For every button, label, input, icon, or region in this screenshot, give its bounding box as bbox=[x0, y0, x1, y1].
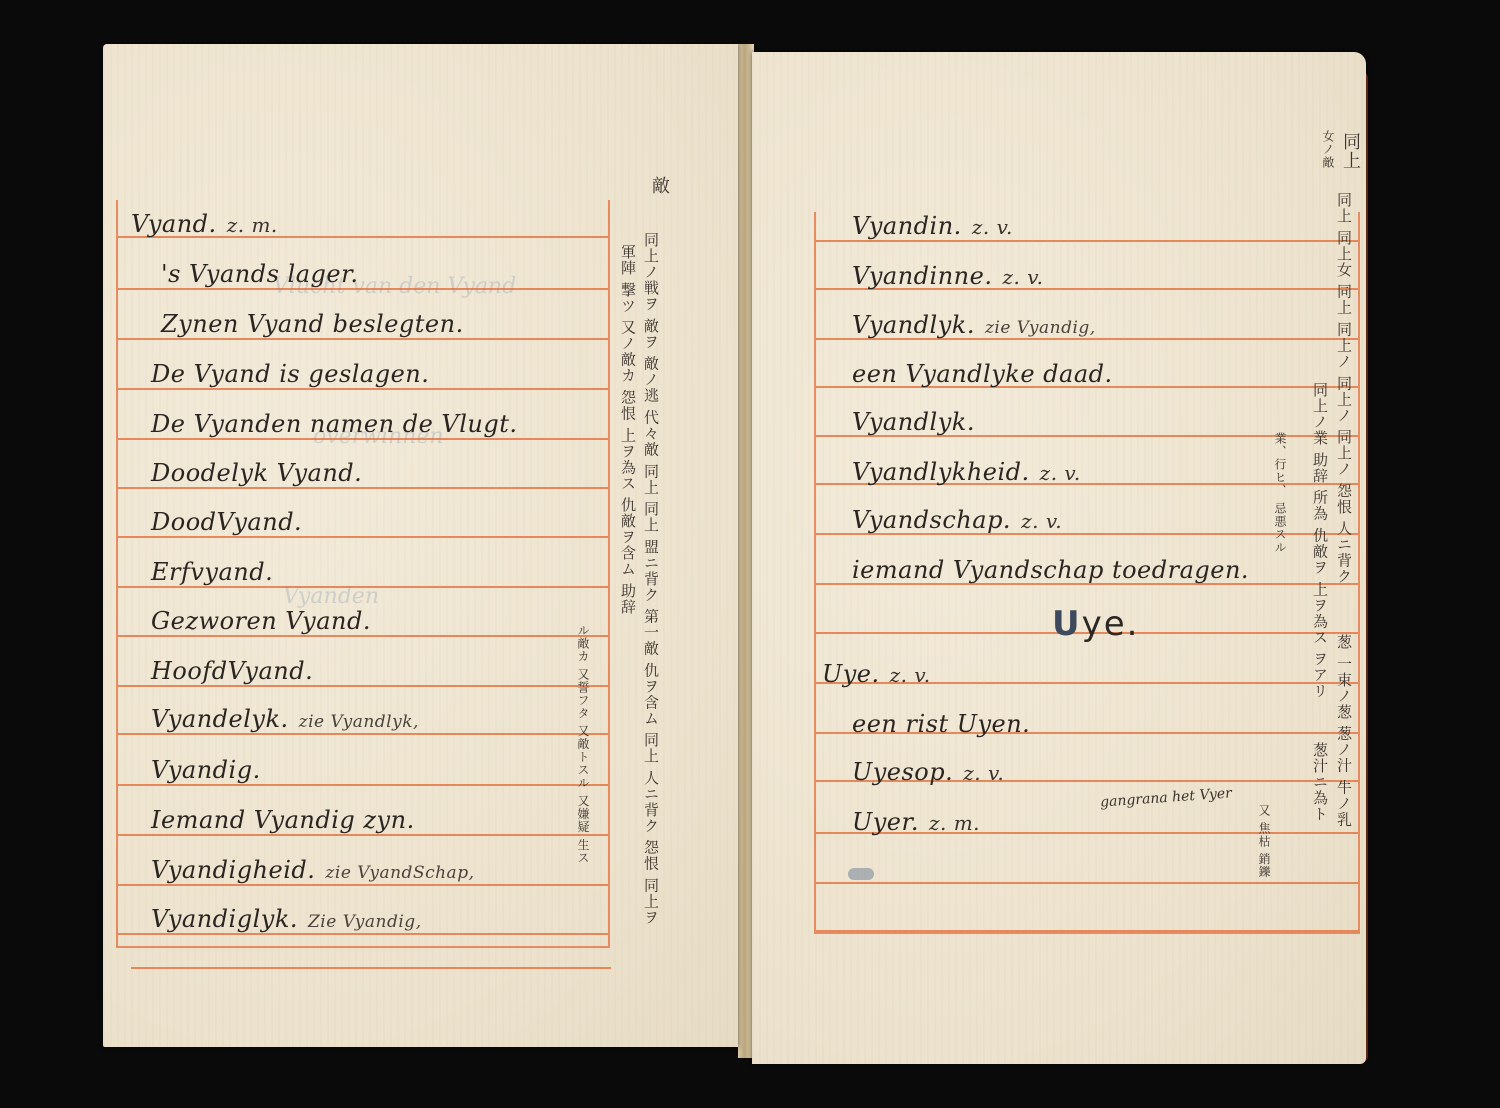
dictionary-entry: 's Vyands lager. bbox=[161, 260, 359, 288]
header-kanji: 敵 bbox=[651, 176, 667, 195]
dictionary-entry: Vyandelyk.zie Vyandlyk, bbox=[151, 705, 419, 733]
dictionary-entry: DoodVyand. bbox=[151, 508, 302, 536]
dictionary-entry: Erfvyand. bbox=[151, 558, 273, 586]
dictionary-entry: Doodelyk Vyand. bbox=[151, 459, 362, 487]
japanese-gloss-column: 葱 一束ノ葱 葱ノ汁 牛ノ乳 bbox=[1336, 634, 1352, 874]
dictionary-entry: De Vyand is geslagen. bbox=[151, 360, 429, 388]
right-page: Vyandin.z. v. Vyandinne.z. v. Vyandlyk.z… bbox=[752, 52, 1366, 1064]
dictionary-entry: Uyer.z. m. bbox=[852, 808, 980, 836]
japanese-gloss-column: 葱汁ニ為ト bbox=[1312, 742, 1328, 892]
dictionary-entry: Vyand.z. m. bbox=[131, 210, 278, 238]
header-sub-kanji: 女ノ敵 bbox=[1320, 130, 1336, 169]
ink-smudge bbox=[848, 868, 874, 880]
japanese-gloss-column: 同上ノ業 助辞 所為 仇敵ヲ 上ヲ為ス ヲアリ bbox=[1312, 382, 1328, 642]
dictionary-entry: Vyandlyk. bbox=[852, 408, 975, 436]
dictionary-entry: Vyandigheid.zie VyandSchap, bbox=[151, 856, 474, 884]
japanese-gloss-column: 業、行ヒ、 忌悪スル bbox=[1272, 432, 1288, 552]
section-heading: Uye. bbox=[1052, 604, 1139, 644]
japanese-gloss-column: 又 焦枯 銷鑠 ニ見ル 股直 羅甸 ヲ云 注ニ 見タリ bbox=[1162, 804, 1272, 884]
dictionary-entry: Vyandinne.z. v. bbox=[852, 262, 1044, 290]
dictionary-entry: Vyandlyk.zie Vyandig, bbox=[852, 311, 1096, 339]
dictionary-entry: Iemand Vyandig zyn. bbox=[151, 806, 415, 834]
japanese-gloss-column: 同上 同上女 同上 同上ノ 同上ノ 同上ノ 怨恨 人ニ背ク bbox=[1336, 192, 1352, 632]
dictionary-entry: Gezworen Vyand. bbox=[151, 607, 371, 635]
japanese-gloss-column: ル敵カ 又誓フタ 又敵トスル 又嫌疑 生ス bbox=[575, 624, 591, 764]
dictionary-entry: een rist Uyen. bbox=[852, 710, 1030, 738]
dictionary-entry: een Vyandlyke daad. bbox=[852, 360, 1113, 388]
dictionary-entry: Zynen Vyand beslegten. bbox=[161, 310, 464, 338]
dictionary-entry: Vyandig. bbox=[151, 756, 261, 784]
dictionary-entry: Vyandlykheid.z. v. bbox=[852, 458, 1081, 486]
dictionary-entry: HoofdVyand. bbox=[151, 657, 313, 685]
dictionary-entry: Uye.z. v. bbox=[822, 660, 931, 688]
dictionary-entry: Vyandin.z. v. bbox=[852, 212, 1013, 240]
dictionary-entry: Vyandiglyk.Zie Vyandig, bbox=[151, 905, 422, 933]
dictionary-entry: De Vyanden namen de Vlugt. bbox=[151, 410, 518, 438]
dictionary-entry: iemand Vyandschap toedragen. bbox=[852, 556, 1249, 584]
dictionary-entry: Vyandschap.z. v. bbox=[852, 506, 1062, 534]
ruled-line bbox=[131, 967, 611, 969]
header-kanji: 同上 bbox=[1342, 132, 1358, 170]
dictionary-entry: Uyesop.z. v. bbox=[852, 758, 1004, 786]
left-page: Vlucht van den Vyand overwinnen Vyanden … bbox=[103, 44, 738, 1047]
japanese-gloss-column: 同上ノ戦ヲ 敵ヲ 敵ノ逃 代々敵 同上 同上 盟ニ背ク 第一敵 仇ヲ含ム 同上 … bbox=[643, 232, 659, 932]
japanese-gloss-column: 軍陣 撃ツ 又ノ敵カ 怨恨 上ヲ為ス 仇敵ヲ含ム 助辞 bbox=[620, 244, 636, 944]
